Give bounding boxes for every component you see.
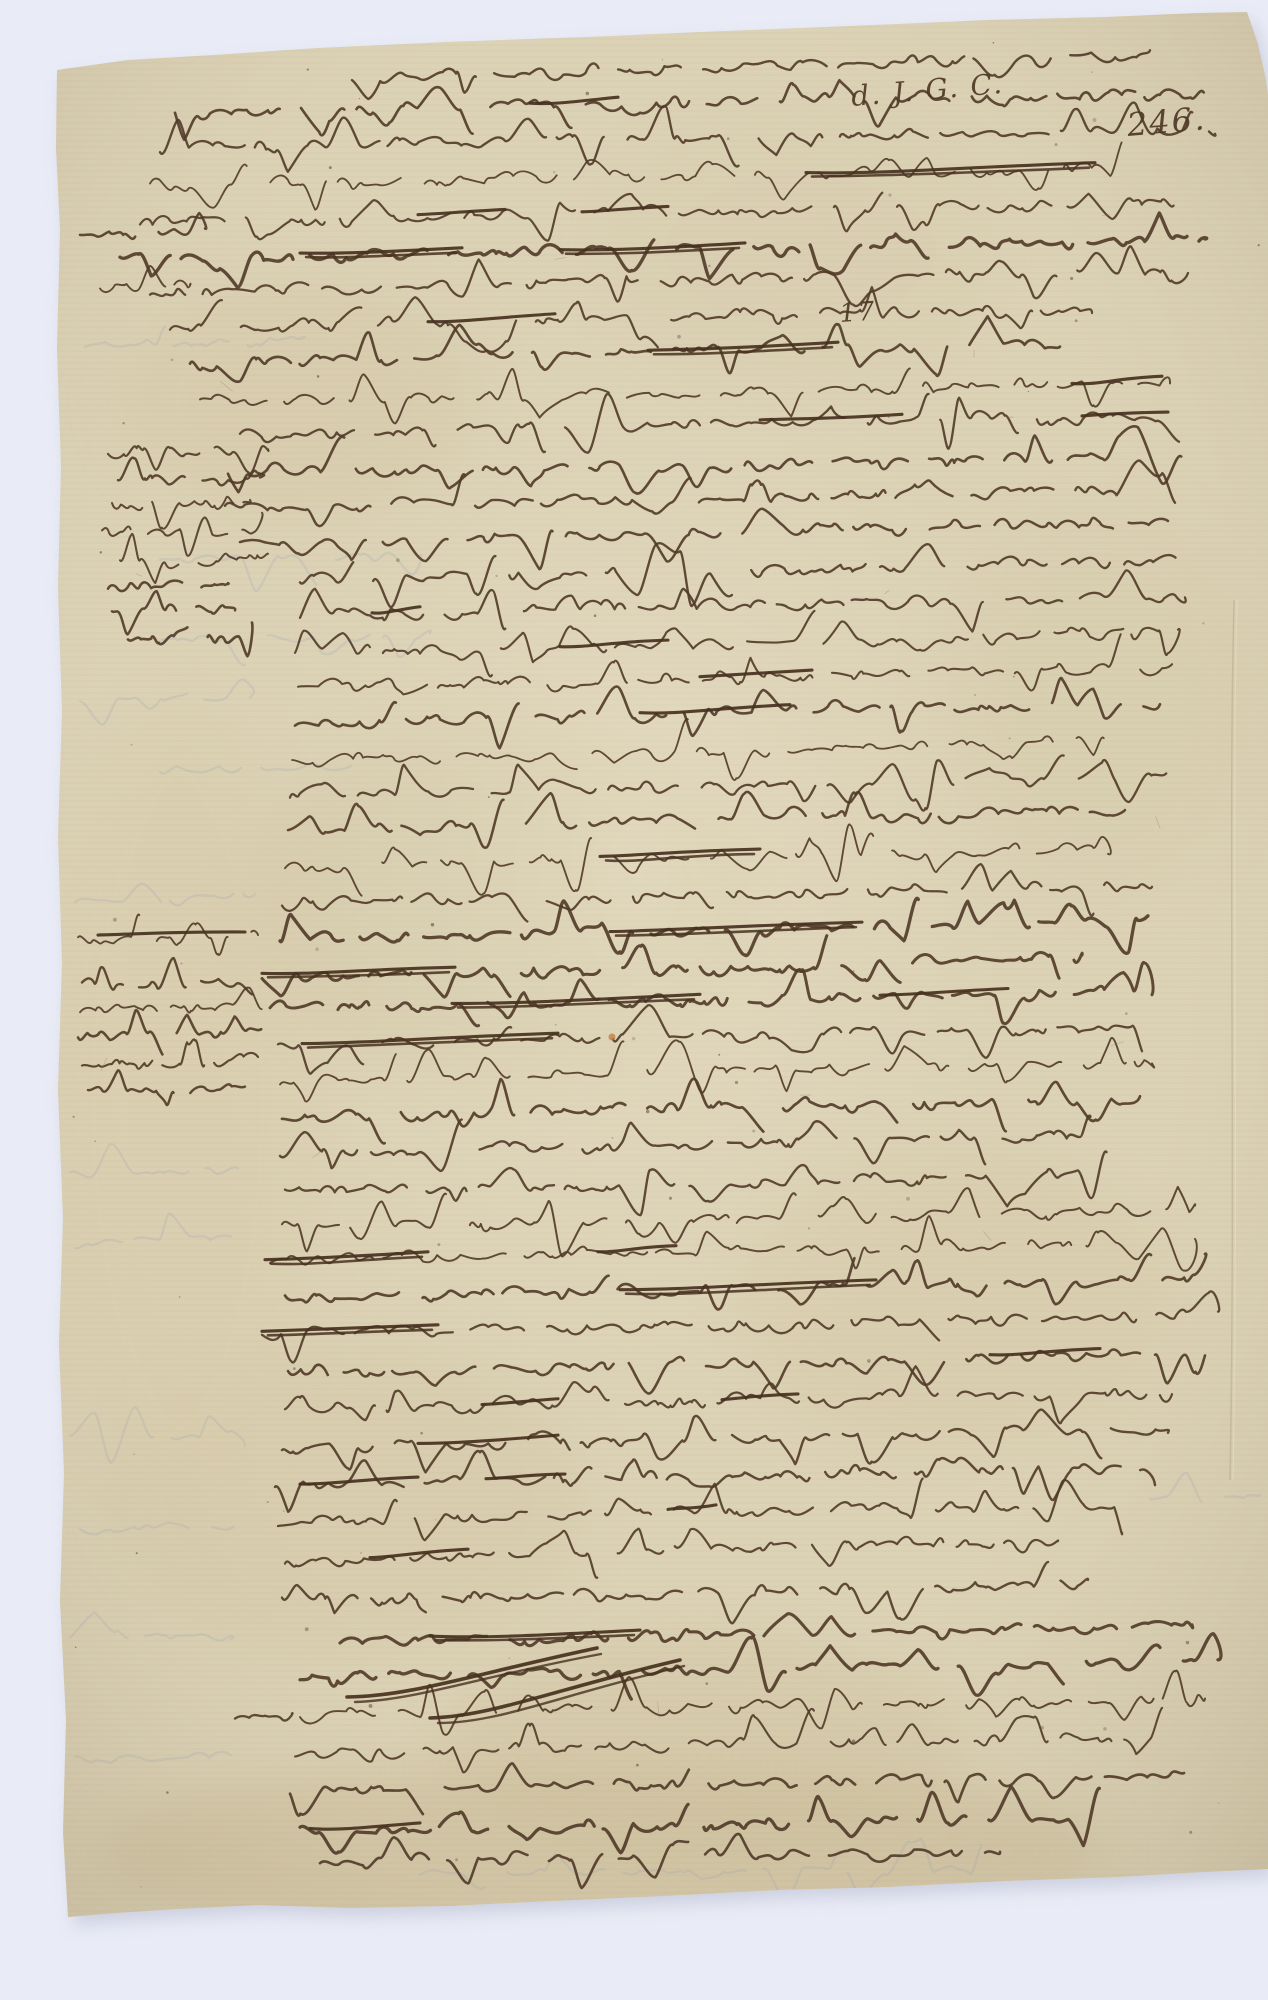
- legible-fragment-number-246: 246.: [1124, 99, 1207, 144]
- ink-stain: [609, 1034, 616, 1041]
- paper-sheet: [40, 12, 1268, 1942]
- manuscript-page: d. J. G. C. 246. 17: [0, 0, 1268, 2000]
- legible-fragment-number-17: 17: [838, 296, 877, 329]
- scanned-manuscript: d. J. G. C. 246. 17: [0, 0, 1268, 2000]
